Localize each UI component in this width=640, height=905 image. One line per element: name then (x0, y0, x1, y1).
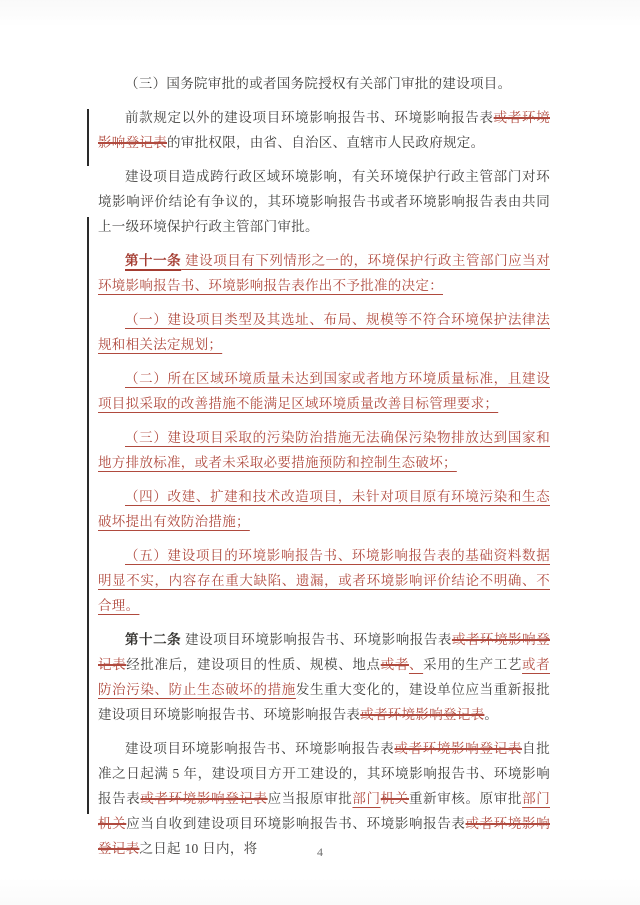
paragraph: 建设项目环境影响报告书、环境影响报告表或者环境影响登记表自批准之日起满 5 年，… (98, 736, 550, 861)
inserted-text: （一）建设项目类型及其选址、布局、规模等不符合环境保护法律法规和相关法定规划； (98, 312, 550, 352)
text-run: 经批准后，建设项目的性质、规模、地点 (126, 657, 380, 672)
article-number: 第十二条 (125, 632, 181, 647)
inserted-text: （四）改建、扩建和技术改造项目，未针对项目原有环境污染和生态破坏提出有效防治措施… (98, 489, 550, 529)
text-run: 应当报原审批 (268, 791, 353, 806)
paragraph: 前款规定以外的建设项目环境影响报告书、环境影响报告表或者环境影响登记表的审批权限… (98, 105, 550, 155)
document-page: （三）国务院审批的或者国务院授权有关部门审批的建设项目。前款规定以外的建设项目环… (0, 0, 640, 905)
inserted-text: （二）所在区域环境质量未达到国家或者地方环境质量标准，且建设项目拟采取的改善措施… (98, 371, 550, 411)
inserted-text: 、 (409, 657, 423, 672)
inserted-article-number: 第十一条 (125, 253, 181, 268)
inserted-text: （五）建设项目的环境影响报告书、环境影响报告表的基础资料数据明显不实，内容存在重… (98, 548, 550, 613)
paragraph: （三）国务院审批的或者国务院授权有关部门审批的建设项目。 (98, 71, 550, 96)
paragraph: （四）改建、扩建和技术改造项目，未针对项目原有环境污染和生态破坏提出有效防治措施… (98, 484, 550, 534)
paragraph: （三）建设项目采取的污染防治措施无法确保污染物排放达到国家和地方排放标准，或者未… (98, 425, 550, 475)
paragraph: （二）所在区域环境质量未达到国家或者地方环境质量标准，且建设项目拟采取的改善措施… (98, 366, 550, 416)
deleted-text: 或者 (381, 657, 409, 672)
document-body: （三）国务院审批的或者国务院授权有关部门审批的建设项目。前款规定以外的建设项目环… (98, 71, 550, 870)
revision-change-bar (87, 109, 89, 166)
page-footer: 4 (0, 845, 640, 860)
text-run: 建设项目环境影响报告书、环境影响报告表 (181, 632, 452, 647)
page-number: 4 (317, 845, 323, 859)
paragraph: 第十二条 建设项目环境影响报告书、环境影响报告表或者环境影响登记表经批准后，建设… (98, 627, 550, 727)
text-run: 重新审核。原审批 (409, 791, 522, 806)
paragraph: 第十一条 建设项目有下列情形之一的，环境保护行政主管部门应当对环境影响报告书、环… (98, 248, 550, 298)
paragraph: 建设项目造成跨行政区域环境影响，有关环境保护行政主管部门对环境影响评价结论有争议… (98, 164, 550, 239)
deleted-text: 或者环境影响登记表 (394, 741, 522, 756)
inserted-text: 部门 (522, 791, 550, 806)
text-run: 建设项目环境影响报告书、环境影响报告表 (125, 741, 394, 756)
deleted-text: 或者环境影响登记表 (140, 791, 267, 806)
deleted-text: 机关 (98, 816, 126, 831)
text-run: 应当自收到建设项目环境影响报告书、环境影响报告表 (126, 816, 465, 831)
inserted-text: （三）建设项目采取的污染防治措施无法确保污染物排放达到国家和地方排放标准，或者未… (98, 430, 550, 470)
inserted-text: 部门 (352, 791, 380, 806)
deleted-text: 机关 (381, 791, 409, 806)
text-run: 采用的生产工艺 (423, 657, 522, 672)
paragraph: （五）建设项目的环境影响报告书、环境影响报告表的基础资料数据明显不实，内容存在重… (98, 543, 550, 618)
text-run: 前款规定以外的建设项目环境影响报告书、环境影响报告表 (125, 110, 494, 125)
text-run: 建设项目造成跨行政区域环境影响，有关环境保护行政主管部门对环境影响评价结论有争议… (98, 169, 550, 234)
text-run: （三）国务院审批的或者国务院授权有关部门审批的建设项目。 (125, 76, 511, 91)
text-run: 。 (484, 707, 498, 722)
deleted-text: 或者环境影响登记表 (360, 707, 484, 722)
revision-change-bar (87, 217, 89, 814)
paragraph: （一）建设项目类型及其选址、布局、规模等不符合环境保护法律法规和相关法定规划； (98, 307, 550, 357)
text-run: 的审批权限，由省、自治区、直辖市人民政府规定。 (167, 135, 484, 150)
